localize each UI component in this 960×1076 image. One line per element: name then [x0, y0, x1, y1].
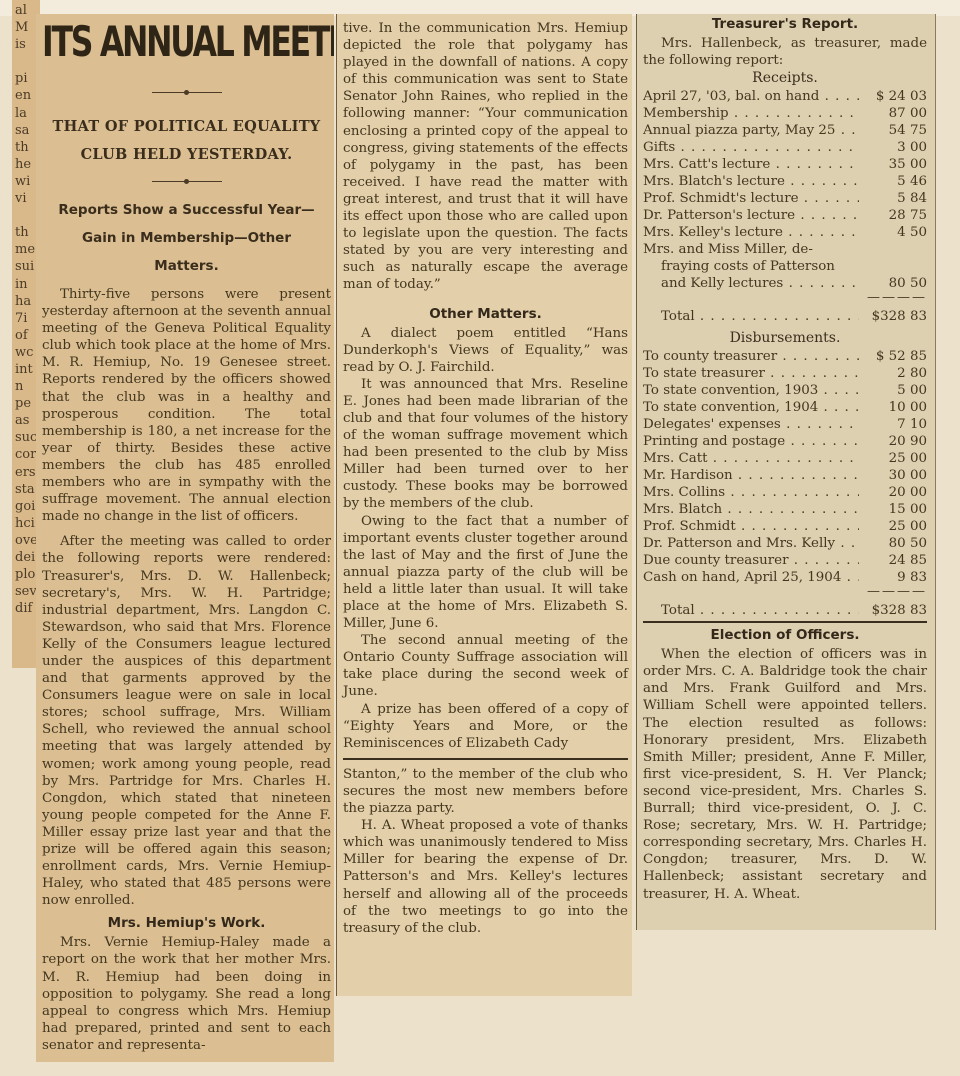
ledger-label: Mr. Hardison [643, 467, 859, 484]
ledger-row: Mrs. Catt's lecture35 00 [643, 156, 927, 173]
ledger-amount: 28 75 [859, 207, 927, 224]
deck-line-1: Reports Show a Successful Year— [42, 196, 331, 224]
ornamental-rule [152, 181, 222, 182]
ledger-row: Prof. Schmidt's lecture5 84 [643, 190, 927, 207]
subheadline-line-2: CLUB HELD YESTERDAY. [42, 141, 331, 169]
disbursements-heading: Disbursements. [643, 329, 927, 348]
ledger-row: Annual piazza party, May 2554 75 [643, 122, 927, 139]
ledger-amount: 25 00 [859, 518, 927, 535]
receipts-heading: Receipts. [643, 69, 927, 88]
clipping-column-1: ITS ANNUAL MEETING THAT OF POLITICAL EQU… [36, 14, 334, 1062]
ledger-row: To state convention, 19035 00 [643, 382, 927, 399]
ledger-row: Mrs. Blatch15 00 [643, 501, 927, 518]
ledger-label: Prof. Schmidt [643, 518, 859, 535]
article-paragraph: Owing to the fact that a number of impor… [343, 513, 628, 633]
ledger-row: April 27, '03, bal. on hand$ 24 03 [643, 88, 927, 105]
ledger-amount: 5 84 [859, 190, 927, 207]
ledger-amount: 80 50 [859, 535, 927, 552]
ledger-label: Printing and postage [643, 433, 859, 450]
subheadline-line-1: THAT OF POLITICAL EQUALITY [42, 113, 331, 141]
article-paragraph: Mrs. Vernie Hemiup-Haley made a report o… [42, 934, 331, 1054]
treasurer-intro: Mrs. Hallenbeck, as treasurer, made the … [643, 35, 927, 69]
ledger-row: Prof. Schmidt25 00 [643, 518, 927, 535]
ledger-label: Mrs. Blatch [643, 501, 859, 518]
ledger-label: To state treasurer [643, 365, 859, 382]
ledger-amount: 54 75 [859, 122, 927, 139]
article-paragraph: A prize has been offered of a copy of “E… [343, 701, 628, 752]
article-paragraph: After the meeting was called to order th… [42, 533, 331, 909]
ledger-amount: 10 00 [859, 399, 927, 416]
ledger-row: Mr. Hardison30 00 [643, 467, 927, 484]
ledger-label: Prof. Schmidt's lecture [643, 190, 859, 207]
disbursements-total-row: Total$328 83 [643, 602, 927, 619]
ledger-amount: 20 00 [859, 484, 927, 501]
receipts-table: April 27, '03, bal. on hand$ 24 03Member… [643, 88, 927, 241]
ledger-label: To county treasurer [643, 348, 859, 365]
article-paragraph: Thirty-five persons were present yesterd… [42, 286, 331, 525]
ledger-row: Membership87 00 [643, 105, 927, 122]
article-paragraph: Stanton,” to the member of the club who … [343, 766, 628, 817]
article-paragraph: The second annual meeting of the Ontario… [343, 632, 628, 700]
ledger-row: Mrs. Blatch's lecture5 46 [643, 173, 927, 190]
ledger-label: Due county treasurer [643, 552, 859, 569]
ledger-row: Printing and postage20 90 [643, 433, 927, 450]
ledger-row: Gifts3 00 [643, 139, 927, 156]
article-paragraph: A dialect poem entitled “Hans Dunderkoph… [343, 325, 628, 376]
ledger-label: Delegates' expenses [643, 416, 859, 433]
section-heading-other-matters: Other Matters. [343, 306, 628, 322]
clipping-column-3: Treasurer's Report. Mrs. Hallenbeck, as … [636, 14, 936, 930]
ledger-label: Dr. Patterson's lecture [643, 207, 859, 224]
ledger-amount: 20 90 [859, 433, 927, 450]
ledger-amount: 5 00 [859, 382, 927, 399]
ledger-amount: 25 00 [859, 450, 927, 467]
clipping-column-2: tive. In the communication Mrs. Hemiup d… [336, 14, 632, 996]
ledger-row: To county treasurer$ 52 85 [643, 348, 927, 365]
ledger-label: April 27, '03, bal. on hand [643, 88, 859, 105]
article-paragraph: H. A. Wheat proposed a vote of thanks wh… [343, 817, 628, 937]
disbursements-table: To county treasurer$ 52 85To state treas… [643, 348, 927, 586]
ledger-row: To state treasurer2 80 [643, 365, 927, 382]
ledger-amount: 15 00 [859, 501, 927, 518]
ornamental-rule [152, 92, 222, 93]
ledger-label: To state convention, 1904 [643, 399, 859, 416]
ledger-label: Mrs. Catt's lecture [643, 156, 859, 173]
ledger-label: Membership [643, 105, 859, 122]
column-rule [343, 758, 628, 760]
ledger-label: Gifts [643, 139, 859, 156]
ledger-amount: $ 24 03 [859, 88, 927, 105]
ledger-row: Mrs. Collins20 00 [643, 484, 927, 501]
ledger-label: Cash on hand, April 25, 1904 [643, 569, 859, 586]
sum-rule: ———— [643, 586, 927, 598]
ledger-label: Mrs. Blatch's lecture [643, 173, 859, 190]
column-rule [643, 621, 927, 623]
section-heading-hemiup-work: Mrs. Hemiup's Work. [42, 915, 331, 931]
deck-line-3: Matters. [42, 252, 331, 280]
ledger-row: Mrs. Catt25 00 [643, 450, 927, 467]
ledger-amount: 2 80 [859, 365, 927, 382]
ledger-label: Annual piazza party, May 25 [643, 122, 859, 139]
ledger-label: Mrs. Kelley's lecture [643, 224, 859, 241]
ledger-row: Delegates' expenses7 10 [643, 416, 927, 433]
receipts-row-multiline: Mrs. and Miss Miller, de- [643, 241, 927, 258]
headline: ITS ANNUAL MEETING [42, 14, 259, 70]
ledger-amount: 87 00 [859, 105, 927, 122]
ledger-amount: 24 85 [859, 552, 927, 569]
ledger-amount: 5 46 [859, 173, 927, 190]
election-paragraph: When the election of officers was in ord… [643, 646, 927, 902]
ledger-amount: 3 00 [859, 139, 927, 156]
article-paragraph: It was announced that Mrs. Reseline E. J… [343, 376, 628, 513]
ledger-amount: 7 10 [859, 416, 927, 433]
ledger-amount: 30 00 [859, 467, 927, 484]
ledger-row: Due county treasurer24 85 [643, 552, 927, 569]
ledger-label: To state convention, 1903 [643, 382, 859, 399]
receipts-row-multiline: fraying costs of Patterson [643, 258, 927, 275]
article-continuation: tive. In the communication Mrs. Hemiup d… [343, 20, 628, 294]
ledger-amount: $ 52 85 [859, 348, 927, 365]
ledger-label: Dr. Patterson and Mrs. Kelly [643, 535, 859, 552]
ledger-label: Mrs. Collins [643, 484, 859, 501]
ledger-row: Dr. Patterson's lecture28 75 [643, 207, 927, 224]
ledger-row: Dr. Patterson and Mrs. Kelly80 50 [643, 535, 927, 552]
sum-rule: ———— [643, 292, 927, 304]
section-heading-treasurers-report: Treasurer's Report. [643, 16, 927, 32]
ledger-amount: 35 00 [859, 156, 927, 173]
ledger-row: To state convention, 190410 00 [643, 399, 927, 416]
section-heading-election: Election of Officers. [643, 627, 927, 643]
ledger-label: Mrs. Catt [643, 450, 859, 467]
receipts-total-row: Total$328 83 [643, 308, 927, 325]
deck-line-2: Gain in Membership—Other [42, 224, 331, 252]
ledger-row: Mrs. Kelley's lecture4 50 [643, 224, 927, 241]
ledger-amount: 4 50 [859, 224, 927, 241]
